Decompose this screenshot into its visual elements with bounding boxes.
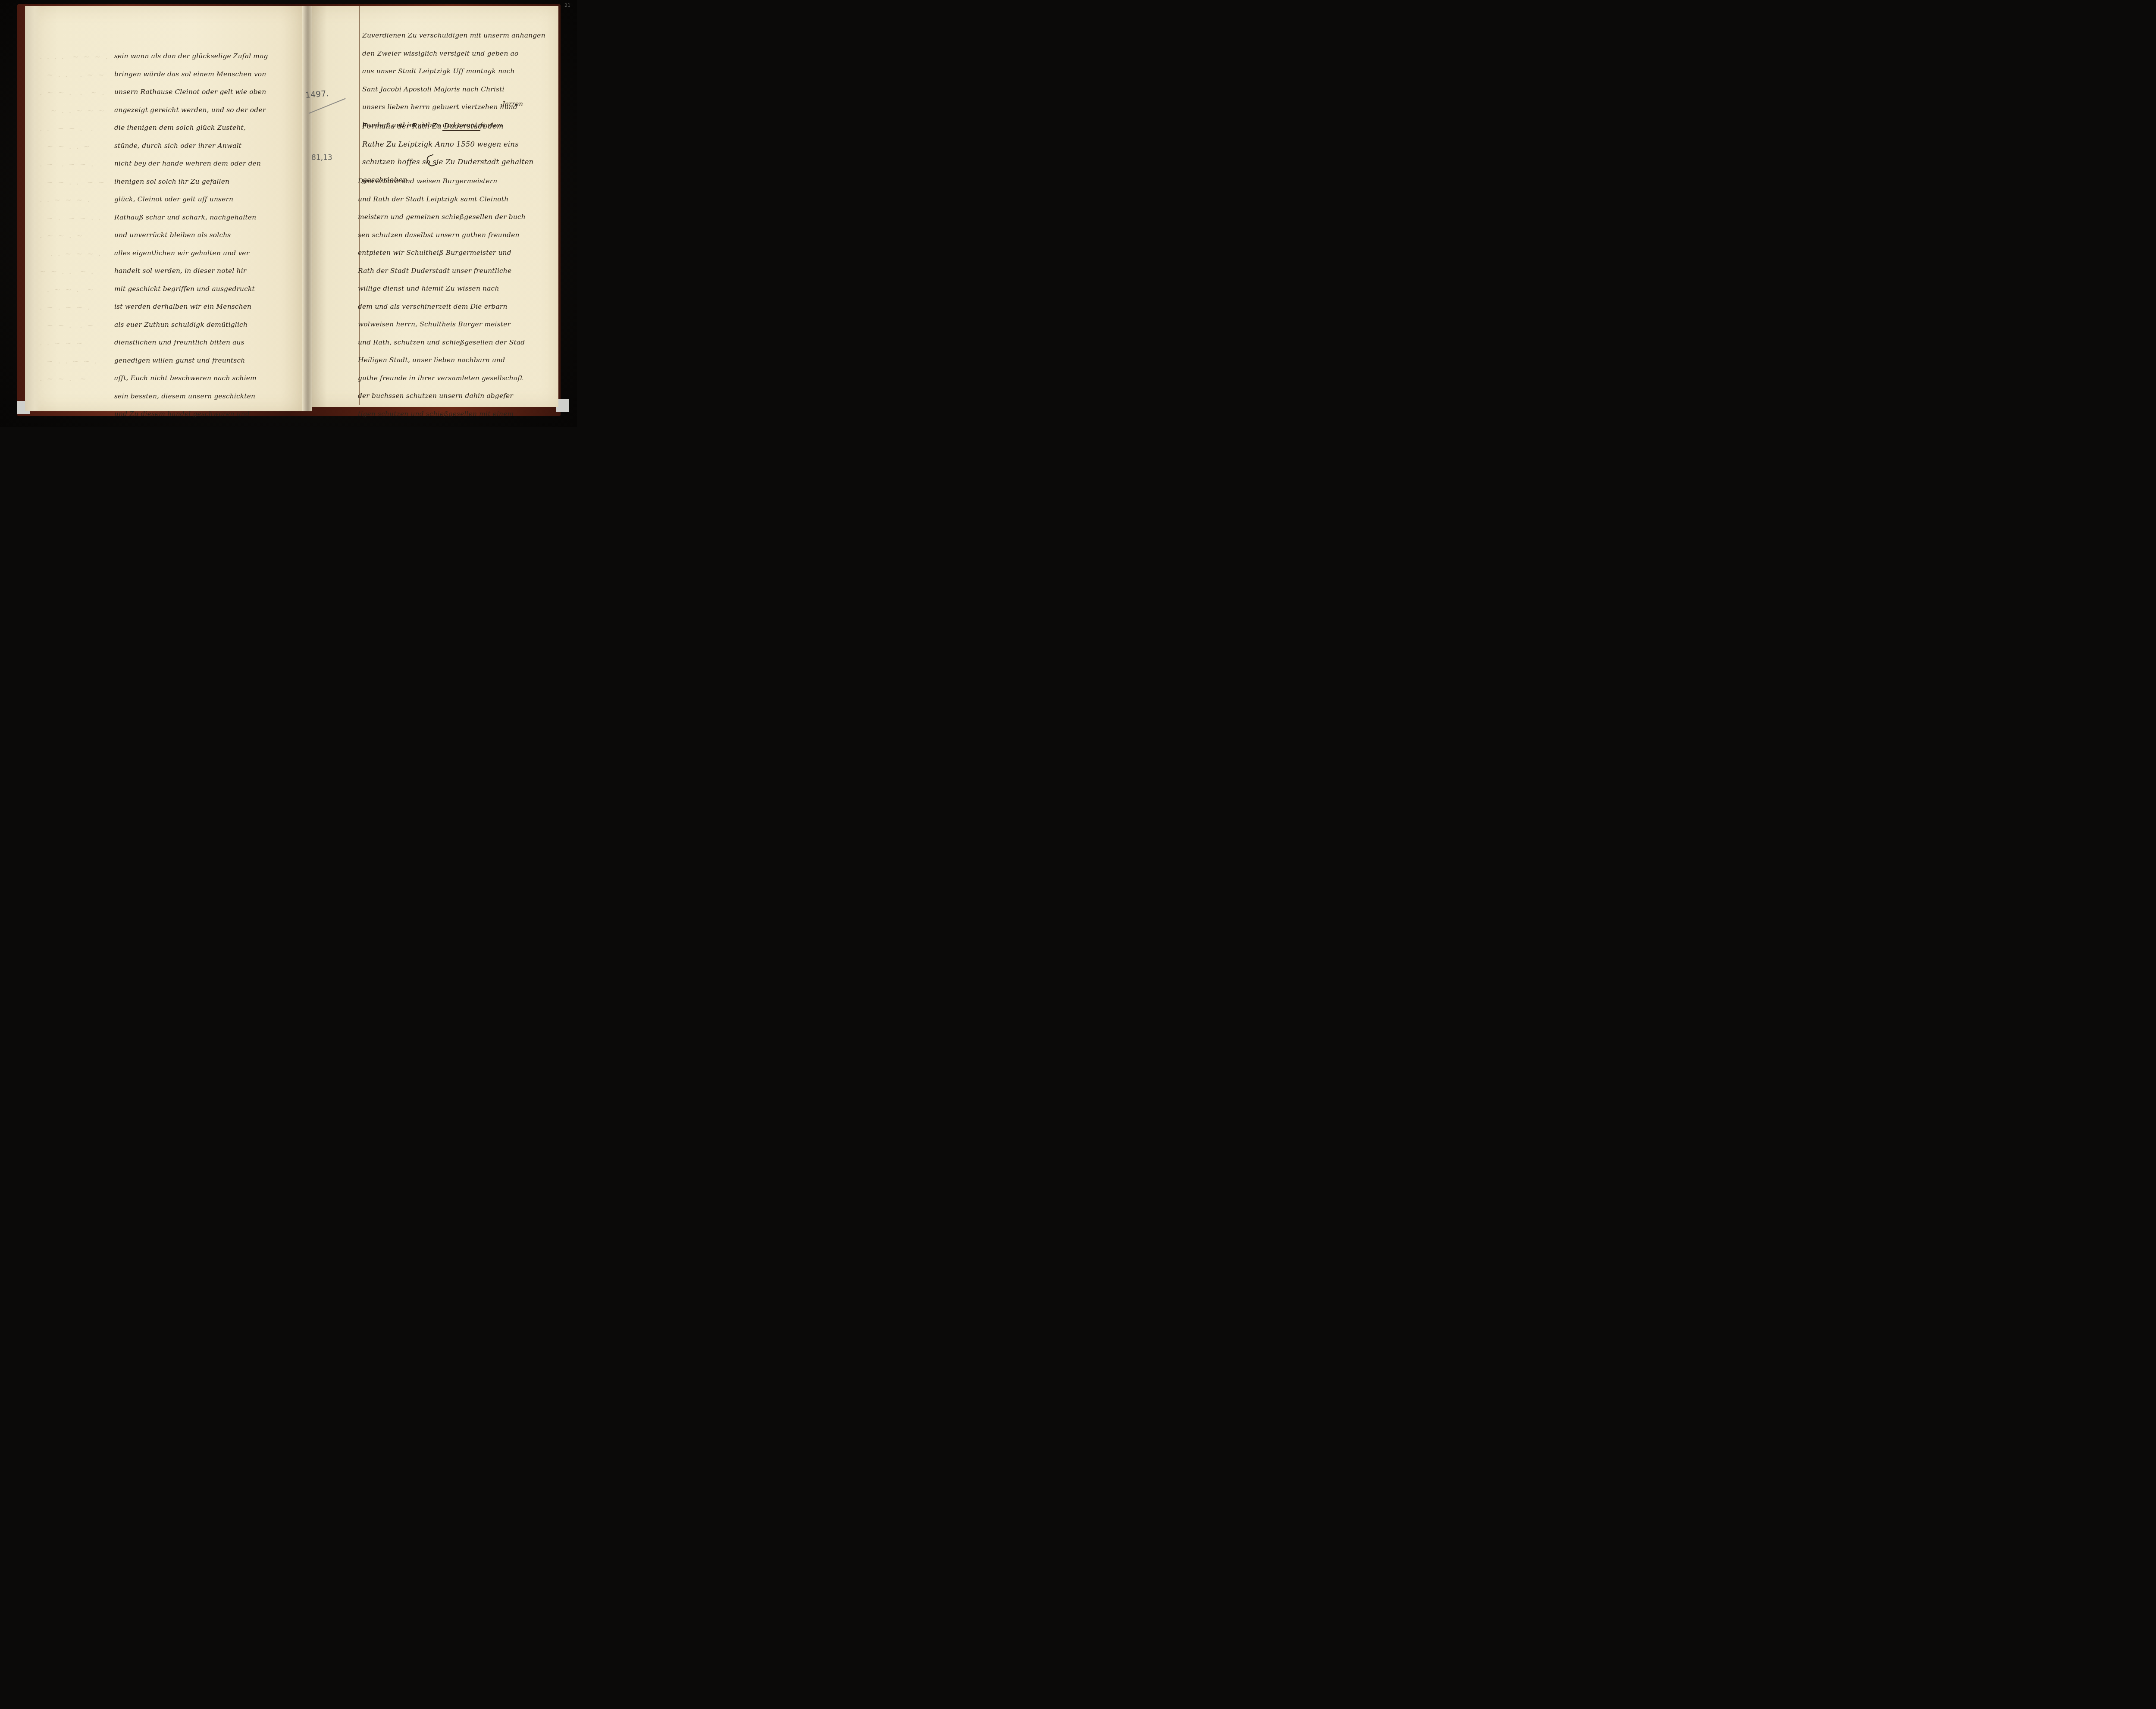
text-line: den Zweier wissiglich versigelt und gebe… [362,45,552,63]
text-line: entpieten wir Schultheiß Burgermeister u… [358,244,552,262]
text-line: unsers lieben herrn gebuert viertzehen h… [362,98,552,116]
text-line: angezeigt gereicht werden, und so der od… [114,101,300,119]
left-page-text: sein wann als dan der glückselige Zufal … [114,47,300,427]
frayed-page-edge [25,6,41,411]
text-line: glück, Cleinot oder gelt uff unsern [114,191,300,209]
text-line: ist werden derhalben wir ein Menschen [114,298,300,316]
text-line: afft, Euch nicht beschweren nach schiem [114,369,300,388]
text-line: Sant Jacobi Apostoli Majoris nach Christ… [362,81,552,99]
text-line: stünde, durch sich oder ihrer Anwalt [114,137,300,155]
text-line: nicht bey der hande wehren dem oder den [114,155,300,173]
text-line: tigen schutzen und schießgesellen mit ei… [358,405,552,423]
text-line: der buchssen schutzen unsern dahin abgef… [358,387,552,405]
text-line: Dem erbarn und weisen Burgermeistern [358,172,552,191]
text-line: sein wann als dan der glückselige Zufal … [114,47,300,66]
text-line: alles eigentlichen wir gehalten und ver [114,244,300,263]
text-line: und Rath der Stadt Leiptzigk samt Cleino… [358,191,552,209]
heading-line: Rathe Zu Leiptzigk Anno 1550 wegen eins [362,135,552,153]
text-line: dem und als verschinerzeit dem Die erbar… [358,298,552,316]
text-line: Heiligen Stadt, unser lieben nachbarn un… [358,351,552,369]
text-line: sein bessten, diesem unsern geschickten [114,388,300,406]
text-line: als euer Zuthun schuldigk demütiglich [114,316,300,334]
text-line: die ihenigen dem solch glück Zusteht, [114,119,300,137]
text-line: verordneten, gunst, forderung und [114,423,300,428]
text-line: unsern Rathause Cleinot oder gelt wie ob… [114,83,300,101]
text-line: aus unser Stadt Leiptzigk Uff montagk na… [362,63,552,81]
book-gutter [302,6,312,411]
show-through-text: . . . . ~ ~ ~ . , ~ . . . ~ ~ . ~ ~ . . … [40,48,120,388]
text-line: und Zu diesem handel geschworen und [114,405,300,423]
text-line: wolweisen herrn, Schultheis Burger meist… [358,316,552,334]
text-line: Rathauß schar und schark, nachgehalten [114,209,300,227]
text-line: und Rath, schutzen und schießgesellen de… [358,334,552,352]
closing-signature: Jarren [502,100,523,108]
heading-line: Formalia der Rath Zu Duderstadt dem [362,117,552,135]
text-line: willige dienst und hiemit Zu wissen nach [358,280,552,298]
heading-line: schutzen hoffes so sie Zu Duderstadt geh… [362,153,552,171]
text-line: sen schutzen daselbst unsern guthen freu… [358,226,552,244]
pencil-year-annotation: 1497. [305,89,329,100]
text-line: mit geschickt begriffen und ausgedruckt [114,280,300,298]
text-line: genedigen willen gunst und freuntsch [114,352,300,370]
text-line: handelt sol werden, in dieser notel hir [114,262,300,280]
text-line: ihenigen sol solch ihr Zu gefallen [114,173,300,191]
letter-body-1550: Dem erbarn und weisen Burgermeistern und… [358,172,552,427]
text-line: guthe freunde in ihrer versamleten gesel… [358,369,552,388]
text-line: wolgezierten Crantz verehrt [358,423,552,427]
text-line: Zuverdienen Zu verschuldigen mit unserm … [362,27,552,45]
shelfmark-annotation: 81,13 [311,153,332,162]
folio-number: 21 [564,3,570,8]
text-line: und unverrückt bleiben als solchs [114,226,300,244]
text-line: Rath der Stadt Duderstadt unser freuntli… [358,262,552,280]
text-line: bringen würde das sol einem Menschen von [114,66,300,84]
text-line: meistern und gemeinen schießgesellen der… [358,208,552,226]
text-line: dienstlichen und freuntlich bitten aus [114,334,300,352]
year-underline [442,130,480,131]
